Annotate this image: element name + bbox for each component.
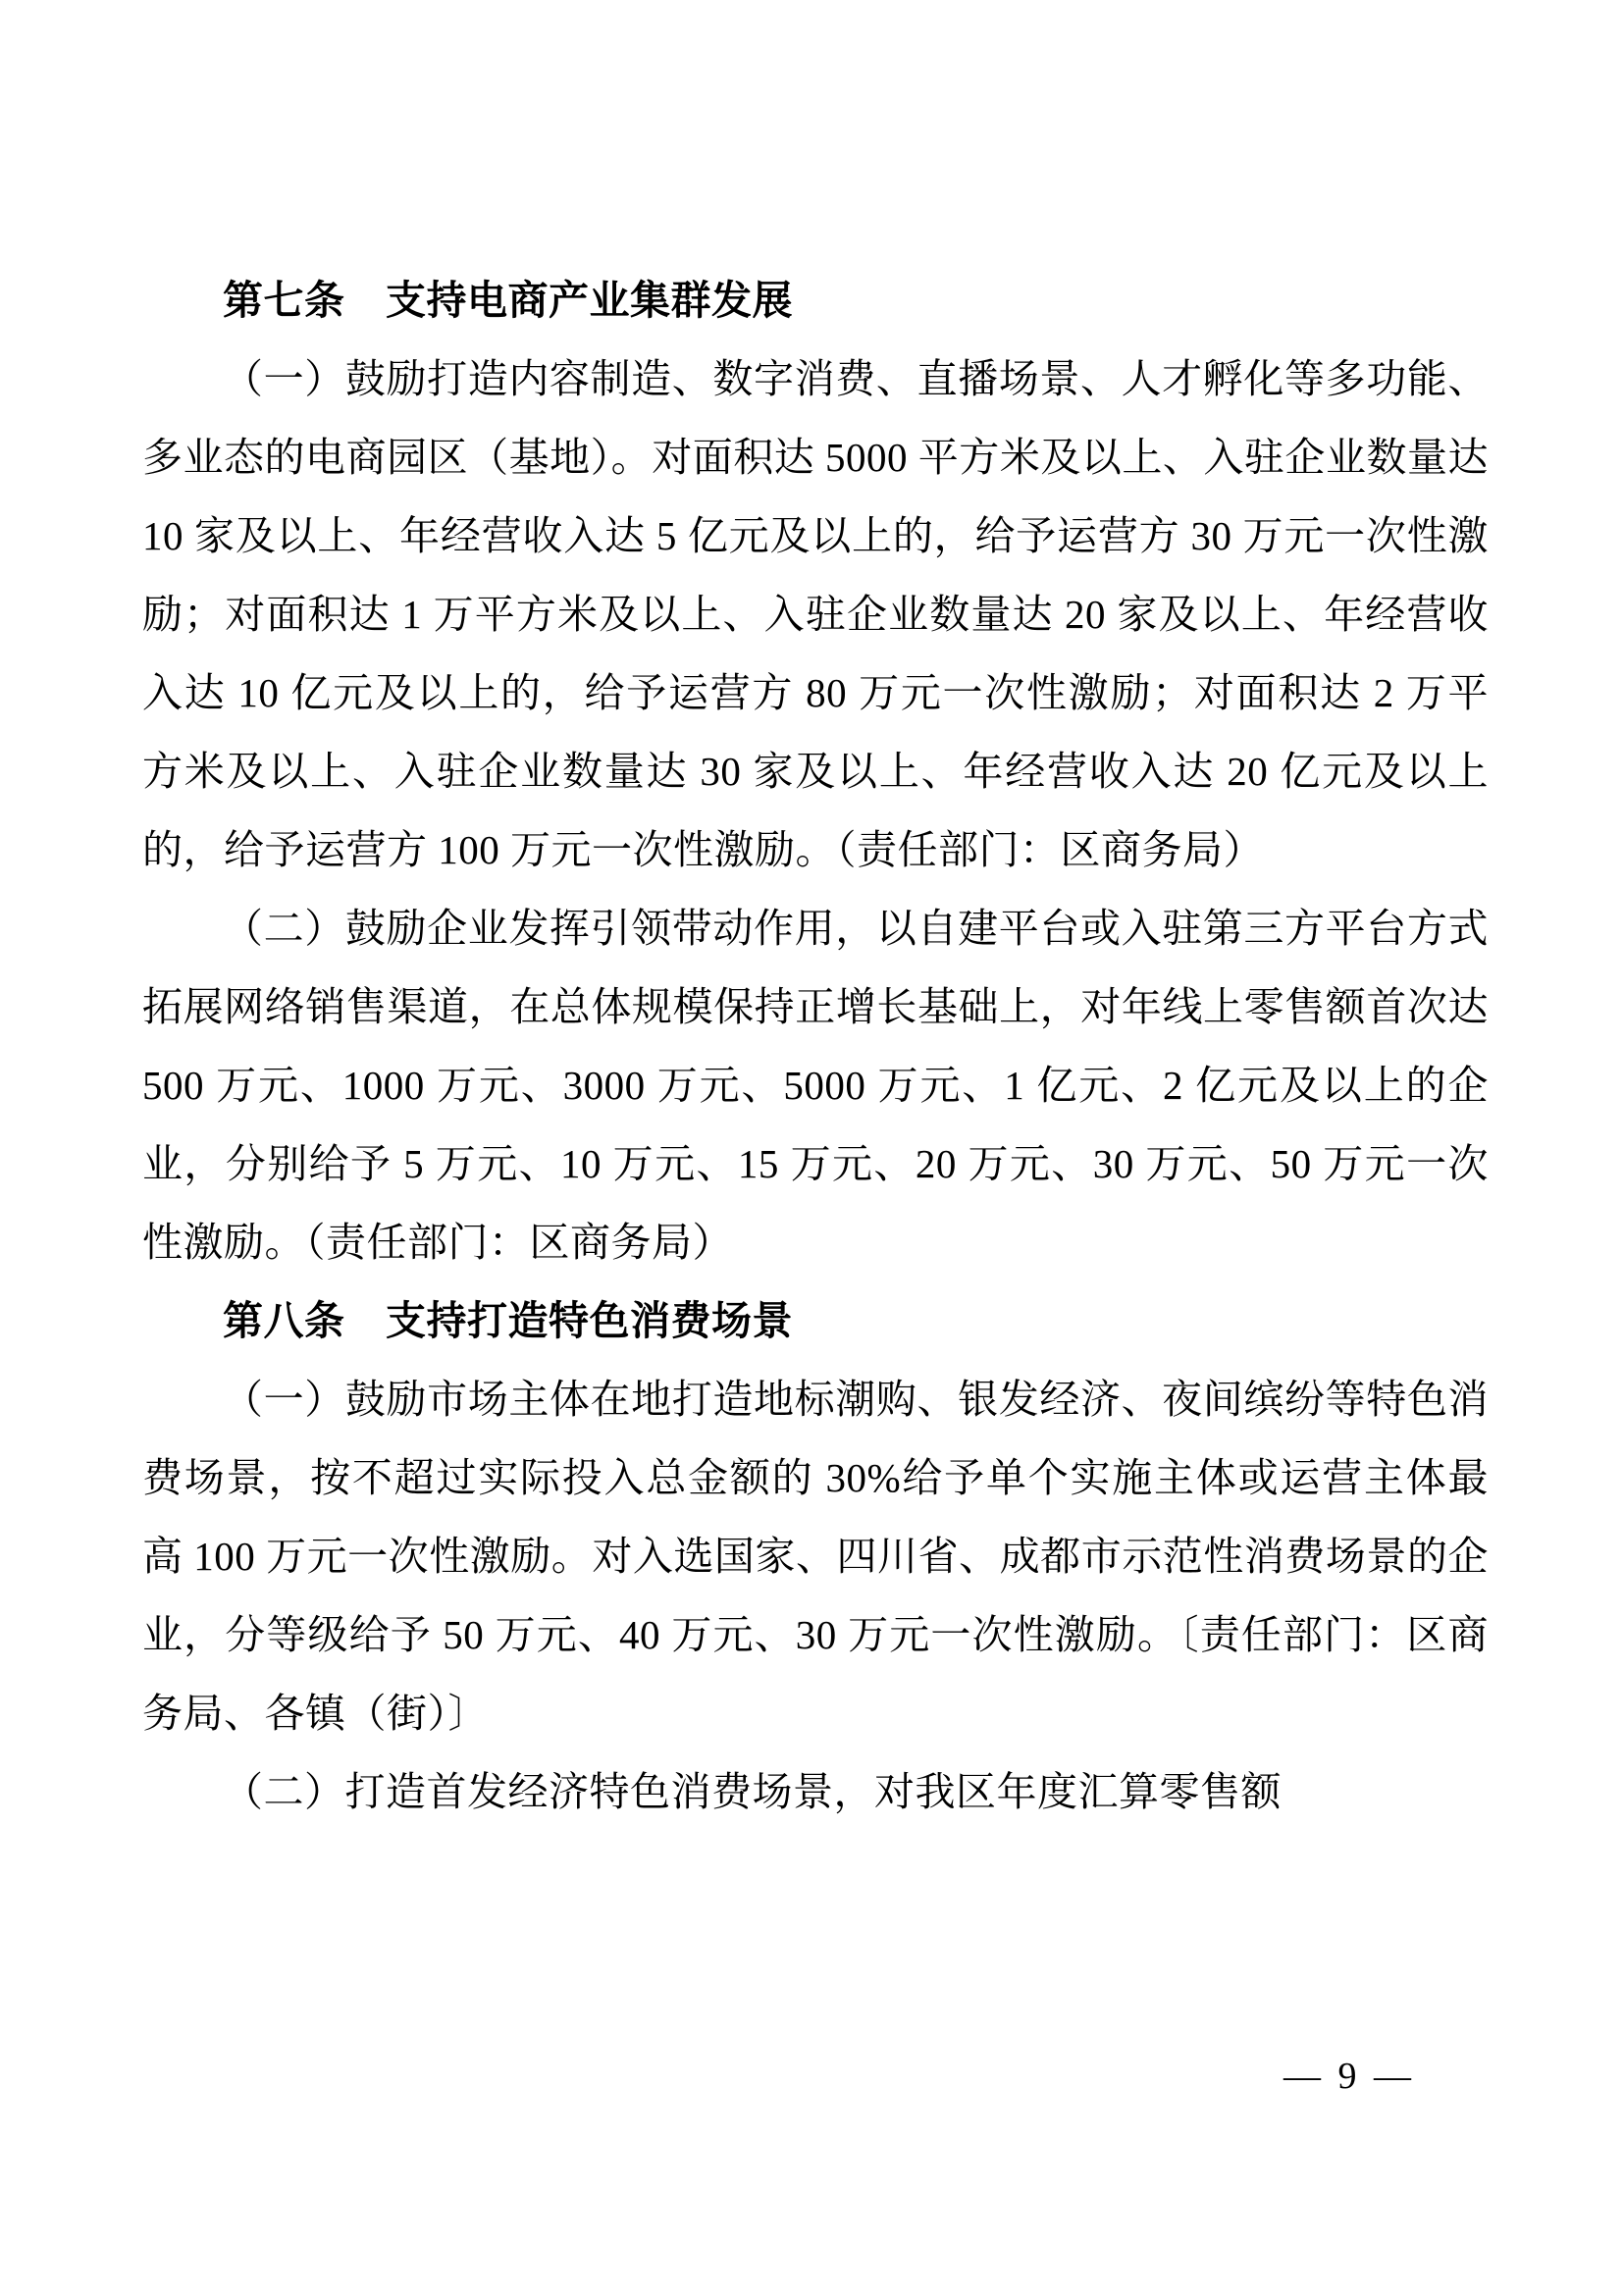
section-heading: 第八条 支持打造特色消费场景 xyxy=(142,1281,1489,1360)
document-body: 第七条 支持电商产业集群发展（一）鼓励打造内容制造、数字消费、直播场景、人才孵化… xyxy=(142,261,1489,1831)
page-number: — 9 — xyxy=(1283,2049,1415,2104)
paragraph: （一）鼓励市场主体在地打造地标潮购、银发经济、夜间缤纷等特色消费场景，按不超过实… xyxy=(142,1360,1489,1752)
paragraph: （二）鼓励企业发挥引领带动作用，以自建平台或入驻第三方平台方式拓展网络销售渠道，… xyxy=(142,889,1489,1281)
document-page: 第七条 支持电商产业集群发展（一）鼓励打造内容制造、数字消费、直播场景、人才孵化… xyxy=(0,0,1623,2296)
section-heading: 第七条 支持电商产业集群发展 xyxy=(142,261,1489,339)
paragraph: （二）打造首发经济特色消费场景，对我区年度汇算零售额 xyxy=(142,1752,1489,1831)
paragraph: （一）鼓励打造内容制造、数字消费、直播场景、人才孵化等多功能、多业态的电商园区（… xyxy=(142,339,1489,889)
